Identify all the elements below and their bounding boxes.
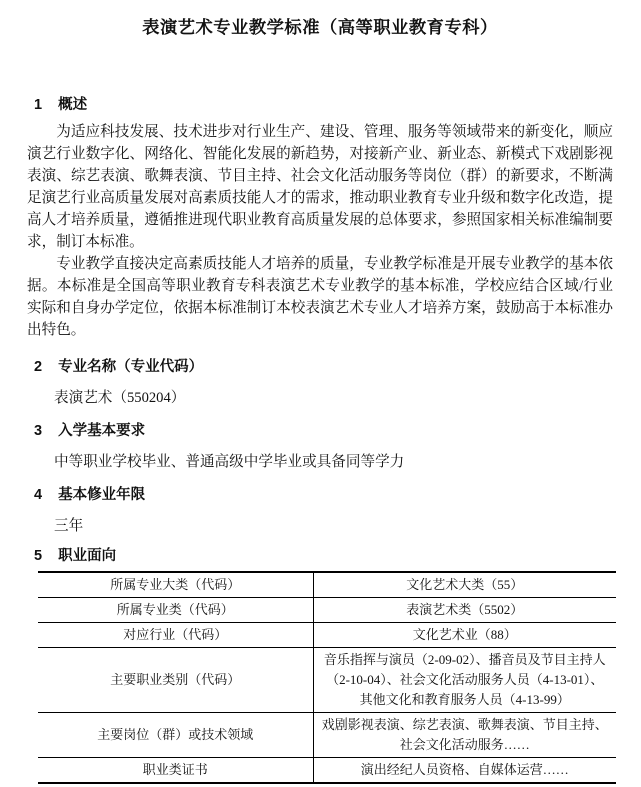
section-4-number: 4	[34, 485, 42, 505]
section-2-number: 2	[34, 357, 42, 377]
row-value: 表演艺术类（5502）	[313, 598, 616, 623]
career-table-body: 所属专业大类（代码） 文化艺术大类（55） 所属专业类（代码） 表演艺术类（55…	[38, 572, 616, 783]
table-row-industry: 对应行业（代码） 文化艺术业（88）	[38, 623, 616, 648]
table-row-certificates: 职业类证书 演出经纪人员资格、自媒体运营……	[38, 758, 616, 784]
row-label: 职业类证书	[38, 758, 313, 784]
section-4-title: 基本修业年限	[58, 487, 145, 503]
section-2-heading: 2专业名称（专业代码）	[34, 357, 613, 377]
section-5-number: 5	[34, 546, 42, 566]
section-3-title: 入学基本要求	[58, 423, 145, 439]
section-1-heading: 1概述	[34, 95, 613, 115]
career-orientation-table: 所属专业大类（代码） 文化艺术大类（55） 所属专业类（代码） 表演艺术类（55…	[38, 571, 616, 784]
admission-requirement: 中等职业学校毕业、普通高级中学毕业或具备同等学力	[54, 452, 613, 472]
row-value: 音乐指挥与演员（2-09-02）、播音员及节目主持人（2-10-04）、社会文化…	[313, 648, 616, 713]
major-name-and-code: 表演艺术（550204）	[54, 388, 613, 408]
section-1-number: 1	[34, 95, 42, 115]
study-duration: 三年	[54, 516, 613, 536]
table-row-occupation-category: 主要职业类别（代码） 音乐指挥与演员（2-09-02）、播音员及节目主持人（2-…	[38, 648, 616, 713]
row-label: 主要岗位（群）或技术领域	[38, 713, 313, 758]
section-5-title: 职业面向	[58, 548, 116, 564]
table-row-main-posts: 主要岗位（群）或技术领域 戏剧影视表演、综艺表演、歌舞表演、节目主持、社会文化活…	[38, 713, 616, 758]
paragraph-1: 为适应科技发展、技术进步对行业生产、建设、管理、服务等领域带来的新变化，顺应演艺…	[27, 121, 613, 253]
section-2-title: 专业名称（专业代码）	[58, 359, 203, 375]
document-page: 表演艺术专业教学标准（高等职业教育专科） 1概述 为适应科技发展、技术进步对行业…	[0, 0, 641, 787]
section-3-number: 3	[34, 421, 42, 441]
row-label: 主要职业类别（代码）	[38, 648, 313, 713]
row-label: 所属专业大类（代码）	[38, 572, 313, 598]
section-3-heading: 3入学基本要求	[34, 421, 613, 441]
paragraph-2: 专业教学直接决定高素质技能人才培养的质量，专业教学标准是开展专业教学的基本依据。…	[27, 253, 613, 341]
table-row-major-category: 所属专业大类（代码） 文化艺术大类（55）	[38, 572, 616, 598]
section-4-heading: 4基本修业年限	[34, 485, 613, 505]
document-title: 表演艺术专业教学标准（高等职业教育专科）	[27, 0, 613, 41]
row-label: 对应行业（代码）	[38, 623, 313, 648]
table-row-major-class: 所属专业类（代码） 表演艺术类（5502）	[38, 598, 616, 623]
row-value: 文化艺术大类（55）	[313, 572, 616, 598]
section-1-body: 为适应科技发展、技术进步对行业生产、建设、管理、服务等领域带来的新变化，顺应演艺…	[27, 121, 613, 341]
row-label: 所属专业类（代码）	[38, 598, 313, 623]
row-value: 戏剧影视表演、综艺表演、歌舞表演、节目主持、社会文化活动服务……	[313, 713, 616, 758]
section-1-title: 概述	[58, 97, 87, 113]
section-5-heading: 5职业面向	[34, 546, 613, 566]
row-value: 演出经纪人员资格、自媒体运营……	[313, 758, 616, 784]
row-value: 文化艺术业（88）	[313, 623, 616, 648]
